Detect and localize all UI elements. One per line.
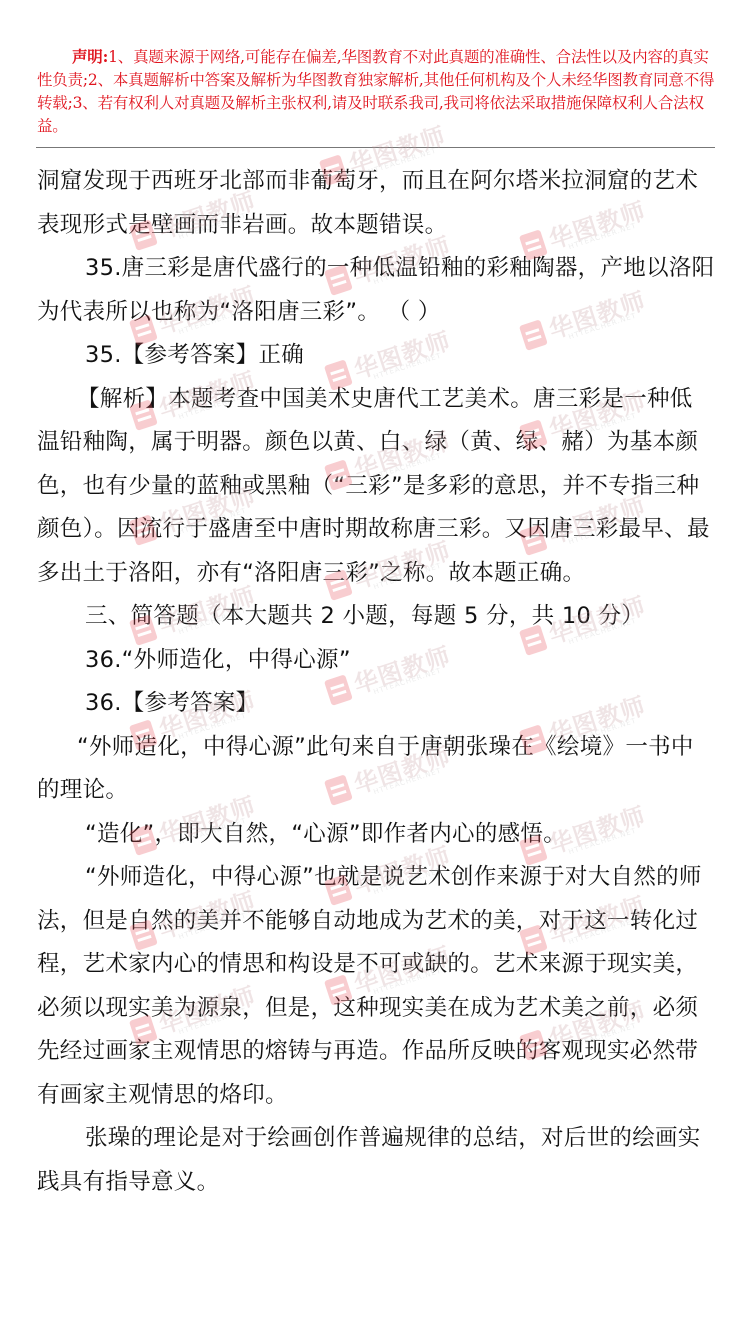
disclaimer: 声明:1、真题来源于网络,可能存在偏差,华图教育不对此真题的准确性、合法性以及内… bbox=[37, 45, 715, 138]
disclaimer-text: 1、真题来源于网络,可能存在偏差,华图教育不对此真题的准确性、合法性以及内容的真… bbox=[37, 48, 714, 135]
answer-36-para-3: “外师造化，中得心源”也就是说艺术创作来源于对大自然的师法，但是自然的美并不能够… bbox=[37, 856, 715, 1117]
answer-35: 35.【参考答案】正确 bbox=[37, 334, 715, 378]
answer-36-para-2: “造化”，即大自然，“心源”即作者内心的感悟。 bbox=[37, 813, 715, 857]
document-body: 洞窟发现于西班牙北部而非葡萄牙，而且在阿尔塔米拉洞窟的艺术表现形式是壁画而非岩画… bbox=[37, 160, 715, 1204]
analysis-35: 【解析】本题考查中国美术史唐代工艺美术。唐三彩是一种低温铅釉陶，属于明器。颜色以… bbox=[37, 378, 715, 596]
section-heading-short-answer: 三、简答题（本大题共 2 小题，每题 5 分，共 10 分） bbox=[37, 595, 715, 639]
question-35: 35.唐三彩是唐代盛行的一种低温铅釉的彩釉陶器，产地以洛阳为代表所以也称为“洛阳… bbox=[37, 247, 715, 334]
answer-36-para-4: 张璪的理论是对于绘画创作普遍规律的总结，对后世的绘画实践具有指导意义。 bbox=[37, 1117, 715, 1204]
disclaimer-label: 声明: bbox=[72, 47, 108, 66]
answer-36-label: 36.【参考答案】 bbox=[37, 682, 715, 726]
header-divider bbox=[36, 147, 715, 148]
answer-36-para-1: “外师造化，中得心源”此句来自于唐朝张璪在《绘境》一书中的理论。 bbox=[37, 726, 715, 813]
question-36: 36.“外师造化，中得心源” bbox=[37, 639, 715, 683]
paragraph-34-explanation-tail: 洞窟发现于西班牙北部而非葡萄牙，而且在阿尔塔米拉洞窟的艺术表现形式是壁画而非岩画… bbox=[37, 160, 715, 247]
